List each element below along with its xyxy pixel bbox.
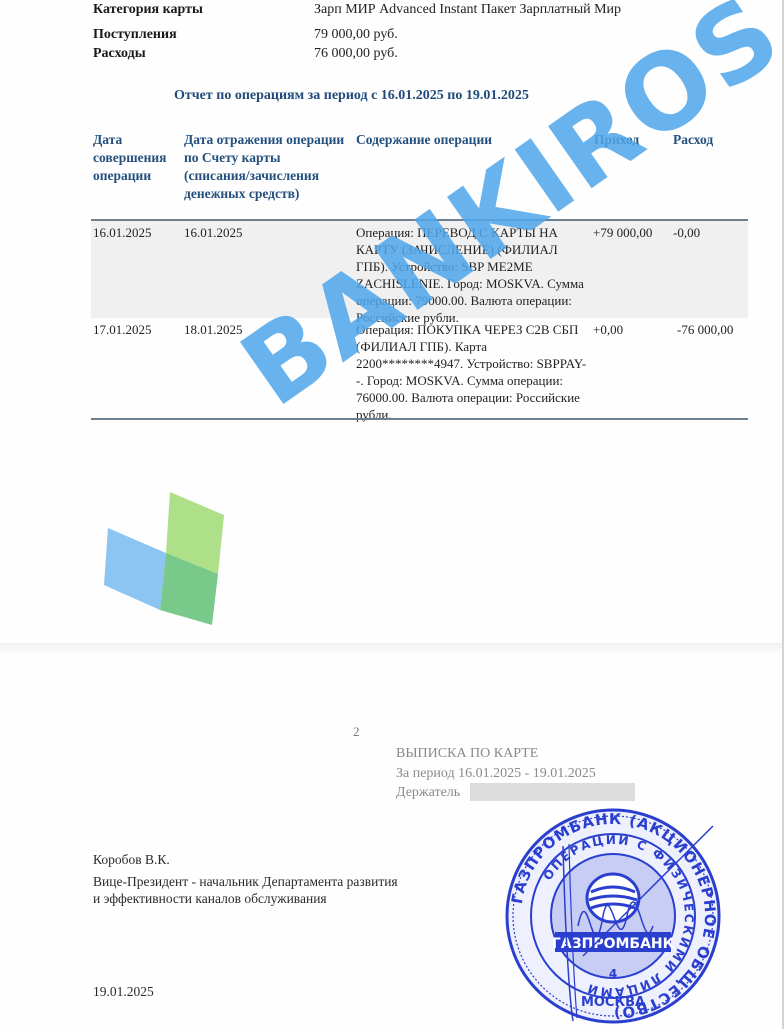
redacted-holder-name bbox=[470, 783, 635, 801]
cell-expense: -0,00 bbox=[673, 224, 700, 241]
cell-expense: -76 000,00 bbox=[677, 321, 733, 338]
header-expense: Расход bbox=[673, 131, 713, 149]
page-separator bbox=[0, 643, 782, 653]
header-date-operation: Дата совершения операции bbox=[93, 131, 181, 185]
svg-text:4: 4 bbox=[609, 967, 617, 981]
cell-date-posted: 18.01.2025 bbox=[184, 321, 243, 338]
bankiros-logo-icon bbox=[104, 490, 224, 625]
card-category-label: Категория карты bbox=[93, 2, 203, 18]
report-title: Отчет по операциям за период с 16.01.202… bbox=[174, 88, 529, 104]
expense-value: 76 000,00 руб. bbox=[314, 46, 398, 62]
expense-label: Расходы bbox=[93, 46, 146, 62]
cell-description: Операция: ПОКУПКА ЧЕРЕЗ C2B СБП (ФИЛИАЛ … bbox=[356, 321, 591, 423]
card-category-value: Зарп МИР Advanced Instant Пакет Зарплатн… bbox=[314, 2, 621, 18]
header-income: Приход bbox=[594, 131, 639, 149]
bank-stamp-icon: ГАЗПРОМБАНК (АКЦИОНЕРНОЕ ОБЩЕСТВО) ОПЕРА… bbox=[503, 806, 723, 1026]
svg-text:МОСКВА: МОСКВА bbox=[581, 995, 645, 1010]
statement-period: За период 16.01.2025 - 19.01.2025 bbox=[396, 766, 596, 782]
svg-text:ГАЗПРОМБАНК: ГАЗПРОМБАНК bbox=[552, 936, 675, 952]
signature-date: 19.01.2025 bbox=[93, 984, 154, 1000]
cell-date-operation: 17.01.2025 bbox=[93, 321, 152, 338]
table-row: 17.01.2025 18.01.2025 Операция: ПОКУПКА … bbox=[91, 318, 748, 418]
header-date-posted: Дата отражения операции по Счету карты (… bbox=[184, 131, 349, 203]
statement-title: ВЫПИСКА ПО КАРТЕ bbox=[396, 746, 538, 762]
header-description: Содержание операции bbox=[356, 131, 492, 149]
income-label: Поступления bbox=[93, 27, 177, 43]
cell-description: Операция: ПЕРЕВОД С КАРТЫ НА КАРТУ (ЗАЧИ… bbox=[356, 224, 591, 326]
cell-income: +79 000,00 bbox=[593, 224, 652, 241]
holder-label: Держатель bbox=[396, 785, 460, 801]
signer-position-line2: и эффективности каналов обслуживания bbox=[93, 891, 327, 907]
signer-position-line1: Вице-Президент - начальник Департамента … bbox=[93, 874, 398, 890]
cell-date-operation: 16.01.2025 bbox=[93, 224, 152, 241]
cell-income: +0,00 bbox=[593, 321, 623, 338]
cell-date-posted: 16.01.2025 bbox=[184, 224, 243, 241]
page-number: 2 bbox=[353, 724, 360, 740]
income-value: 79 000,00 руб. bbox=[314, 27, 398, 43]
table-row: 16.01.2025 16.01.2025 Операция: ПЕРЕВОД … bbox=[91, 221, 748, 318]
table-bottom-divider bbox=[91, 418, 748, 420]
signer-name: Коробов В.К. bbox=[93, 852, 170, 868]
